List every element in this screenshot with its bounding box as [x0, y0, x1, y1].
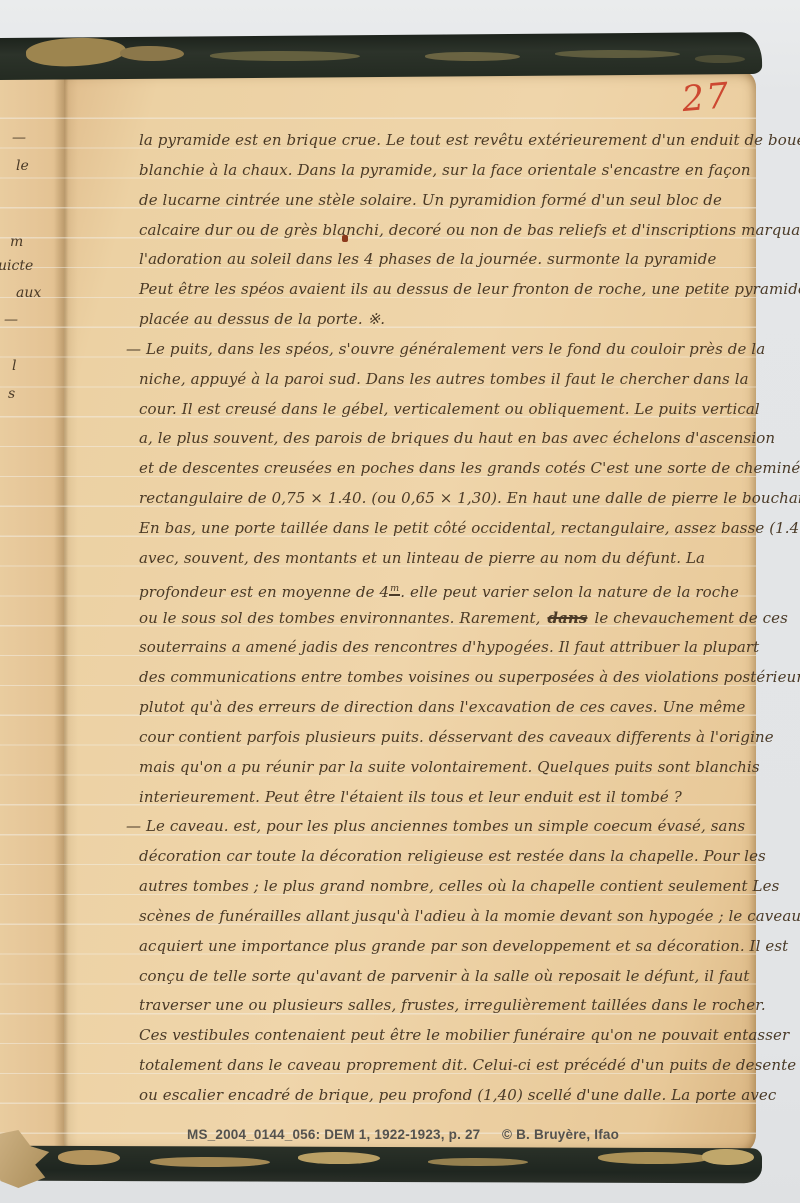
manuscript-line: la pyramide est en brique crue. Le tout …: [139, 126, 753, 156]
line-text: le chevauchement de ces: [594, 609, 787, 627]
superscript-metre: m: [389, 583, 400, 596]
line-text: ou le sous sol des tombes environnantes.…: [139, 609, 540, 627]
manuscript-line: blanchie à la chaux. Dans la pyramide, s…: [139, 156, 753, 186]
manuscript-line: des communications entre tombes voisines…: [139, 663, 753, 693]
copyright-credit: © B. Bruyère, Ifao: [502, 1127, 619, 1142]
worn-leather-patch: [120, 46, 184, 61]
margin-fragment: aux: [16, 285, 41, 301]
manuscript-line: autres tombes ; le plus grand nombre, ce…: [139, 872, 753, 902]
manuscript-line: traverser une ou plusieurs salles, frust…: [139, 991, 753, 1021]
archive-reference: MS_2004_0144_056: DEM 1, 1922-1923, p. 2…: [187, 1127, 480, 1142]
struck-word: dans: [547, 609, 587, 627]
manuscript-line: avec, souvent, des montants et un lintea…: [139, 544, 753, 574]
manuscript-line: placée au dessus de la porte. ※.: [139, 305, 753, 335]
margin-fragment: —: [12, 130, 26, 146]
handwritten-text: la pyramide est en brique crue. Le tout …: [139, 126, 753, 1111]
manuscript-line: rectangulaire de 0,75 × 1.40. (ou 0,65 ×…: [139, 484, 753, 514]
margin-fragment: s: [8, 386, 15, 402]
manuscript-line: conçu de telle sorte qu'avant de parveni…: [139, 962, 753, 992]
notebook-scan: 27 — le m uicte aux — l s la pyramide es…: [0, 0, 800, 1203]
manuscript-line: plutot qu'à des erreurs de direction dan…: [139, 693, 753, 723]
manuscript-line: ou escalier encadré de brique, peu profo…: [139, 1081, 753, 1111]
line-text: profondeur est en moyenne de 4: [139, 583, 389, 601]
worn-paper-patch: [150, 1157, 270, 1167]
manuscript-line: — Le puits, dans les spéos, s'ouvre géné…: [139, 335, 753, 365]
margin-fragment: m: [10, 234, 23, 250]
margin-fragment: —: [4, 312, 18, 328]
manuscript-line: scènes de funérailles allant jusqu'à l'a…: [139, 902, 753, 932]
manuscript-line: profondeur est en moyenne de 4m. elle pe…: [139, 574, 753, 604]
binding-gutter: [54, 71, 78, 1154]
manuscript-line: Peut être les spéos avaient ils au dessu…: [139, 275, 753, 305]
manuscript-line: ou le sous sol des tombes environnantes.…: [139, 604, 753, 634]
manuscript-line: et de descentes creusées en poches dans …: [139, 454, 753, 484]
margin-fragment: l: [12, 358, 16, 374]
line-text: . elle peut varier selon la nature de la…: [400, 583, 739, 601]
manuscript-line: mais qu'on a pu réunir par la suite volo…: [139, 753, 753, 783]
manuscript-line: cour contient parfois plusieurs puits. d…: [139, 723, 753, 753]
archive-caption: MS_2004_0144_056: DEM 1, 1922-1923, p. 2…: [0, 1127, 756, 1145]
worn-paper-patch: [598, 1152, 710, 1164]
worn-leather-patch: [210, 51, 360, 61]
manuscript-line: acquiert une importance plus grande par …: [139, 932, 753, 962]
manuscript-line: souterrains a amené jadis des rencontres…: [139, 633, 753, 663]
manuscript-line: — Le caveau. est, pour les plus ancienne…: [139, 812, 753, 842]
worn-paper-patch: [58, 1150, 120, 1165]
manuscript-line: totalement dans le caveau proprement dit…: [139, 1051, 753, 1081]
manuscript-line: calcaire dur ou de grès blanchi, decoré …: [139, 216, 753, 246]
worn-paper-patch: [428, 1158, 528, 1166]
manuscript-line: l'adoration au soleil dans les 4 phases …: [139, 245, 753, 275]
manuscript-line: En bas, une porte taillée dans le petit …: [139, 514, 753, 544]
worn-leather-patch: [425, 52, 520, 61]
manuscript-line: décoration car toute la décoration relig…: [139, 842, 753, 872]
manuscript-line: interieurement. Peut être l'étaient ils …: [139, 783, 753, 813]
worn-paper-patch: [702, 1149, 754, 1165]
page-number: 27: [680, 76, 732, 120]
manuscript-line: niche, appuyé à la paroi sud. Dans les a…: [139, 365, 753, 395]
worn-leather-patch: [555, 50, 680, 58]
margin-fragment: le: [16, 158, 29, 174]
manuscript-line: Ces vestibules contenaient peut être le …: [139, 1021, 753, 1051]
manuscript-line: cour. Il est creusé dans le gébel, verti…: [139, 395, 753, 425]
margin-fragment: uicte: [0, 258, 33, 274]
worn-leather-patch: [695, 55, 745, 63]
manuscript-line: de lucarne cintrée une stèle solaire. Un…: [139, 186, 753, 216]
manuscript-line: a, le plus souvent, des parois de brique…: [139, 424, 753, 454]
worn-paper-patch: [298, 1152, 380, 1164]
